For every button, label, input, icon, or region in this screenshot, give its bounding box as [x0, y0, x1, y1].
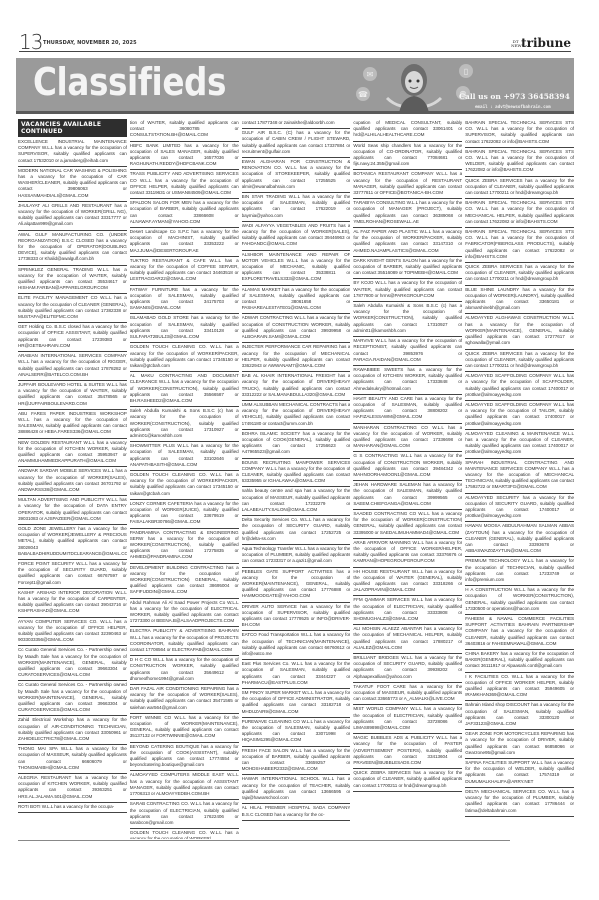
classified-ad: PUREWAVE CLEANING CO W.L.L has a vacancy…	[242, 718, 351, 747]
classified-ad: SPARAH INDUSTRIAL CONTRACTING AND MAINTE…	[465, 459, 574, 494]
classified-ad: DEVELOPMENT BUILDING CONTRACTING has a v…	[130, 564, 239, 599]
classified-ad: SPALDON SALON FOR MEN has a vacancy for …	[130, 199, 239, 228]
classified-ad: MAGIC BUBBLES ADS & PUBLICITY W.L.L has …	[353, 734, 462, 769]
classified-ad: ALMOAYYED SCAFFOLDING COMPANY W.L.L has …	[465, 401, 574, 430]
classified-ad: MODERN NATIONAL CAR WASHING & POLISHING …	[18, 167, 127, 202]
phone-icon: ☎	[356, 87, 370, 101]
classified-ad: CHINA BAKERY has a vacancy for the occup…	[465, 650, 574, 673]
classified-ad: FAHEEM & NAWAL COMMERCE FACILITIES SUPPO…	[465, 615, 574, 650]
page-date: THURSDAY, NOVEMBER 20, 2025	[43, 40, 137, 46]
banner-title: Classifieds	[33, 60, 226, 104]
classified-ad: WADI ALFAYYA VEGETABLES AND FRUITS has a…	[242, 222, 351, 251]
classified-ad: BAHRAIN SPECIAL TECHNICAL SERVICES STS C…	[465, 228, 574, 263]
classified-ad: BY KOJO W.L.L has a vacancy for the occu…	[353, 279, 462, 302]
classified-ad: D H C CO W.L.L has a vacancy for the occ…	[130, 656, 239, 685]
classified-ad: FATWAY FURNITURE has a vacancy for the o…	[130, 286, 239, 315]
classifieds-banner: Classifieds ✉ ☎ ▯ ◍ Call us on +973 3645…	[16, 58, 574, 114]
classified-ad: Delta Security Services Co. W.L.L has a …	[242, 516, 351, 545]
classified-ad: FFM QAMMAR SERVICES W.L.L has a vacancy …	[353, 596, 462, 625]
classified-columns: VACANCIES AVAILABLE CONTINUED EXCELLENCE…	[18, 119, 574, 839]
masthead: 13 THURSDAY, NOVEMBER 20, 2025 DT NEWStr…	[19, 30, 571, 52]
classified-ad: EWAN ALGHARAN FOR CONSTRUCTION & RENOVAT…	[242, 158, 351, 193]
classified-ad: Abdul Rahman Ali Al Saad Power Projects …	[130, 599, 239, 628]
classified-ad: Cc Curato General Services Co. - Partner…	[18, 646, 127, 681]
classified-ad: BAHRAIN SPECIAL TECHNICAL SERVICES STS C…	[465, 119, 574, 148]
classified-ad: SAFINA FACILITIES SUPPORT W.L.L has a va…	[465, 759, 574, 788]
classified-ad: I K FACILITIES CO. W.L.L has a vacancy f…	[465, 673, 574, 702]
classified-ad: GOLDEN TOUCH CLEANING CO. W.L.L has a va…	[130, 471, 239, 500]
classified-ad: G S CONTRACTING W.L.L has a vacancy for …	[353, 452, 462, 481]
classified-ad: ALMOAYYED CLEANING & MAINTENANCE W.L.L h…	[465, 430, 574, 459]
classified-ad: PREMIUM TECHNOLOGY W.L.L has a vacancy f…	[465, 557, 574, 586]
classified-ad: KASHIF ARSHAD INTERIOR DECORATION W.L.L …	[18, 589, 127, 618]
classified-ad: ALAMAS MARKET has a vacancy for the occu…	[242, 286, 351, 315]
classified-ad: DAR FAZAL AIR CONDITIONING REPAIRING has…	[130, 685, 239, 714]
classified-ad: ALMOAYYED COMPUTERS MIDDLE EAST W.L.L ha…	[130, 771, 239, 800]
classified-ad: FORT WINNIE CO W.L.L has a vacancy for t…	[130, 714, 239, 743]
classified-ad: JUFFAIR BOULEVARD HOTEL & SUITES W.L.L h…	[18, 381, 127, 410]
classified-ad: BIN STAR TRADING W.L.L has a vacancy for…	[242, 193, 351, 222]
classified-ad: BOUNS RECRUITING MANPOWER SERVICES COMPA…	[242, 459, 351, 488]
classified-ad: EATCO Food Transportation W.L.L has a va…	[242, 631, 351, 660]
classified-ad: ALSHBOR MAINTENANCE AND REPAIR OF MOTOR …	[242, 251, 351, 286]
classified-ad: TUKTRO RESTAURANT & CAFE W.L.L has a vac…	[130, 257, 239, 286]
logo-text: tribune	[521, 36, 571, 50]
classified-ad: TAKATUF FOOT CARE has a vacancy for the …	[353, 683, 462, 706]
classified-ad: QUICK ZEBRA SERVICES has a vacancy for t…	[465, 350, 574, 373]
classified-ad: ARABIAN INTERNATIONAL SERVICES COMPANY W…	[18, 352, 127, 381]
classified-ad: SAADED CONTRACTING CO W.L.L has a vacanc…	[353, 510, 462, 539]
classified-ad: cupation of MEDICAL CONSULTANT, suitably…	[353, 119, 462, 142]
call-us-text: Call us on +973 36458394	[459, 92, 570, 101]
classified-ad: ALI MOHSIN ALAEZZ ABANTAR has a vacancy …	[353, 625, 462, 654]
classified-ad: THONG MAI SPA W.L.L has a vacancy for th…	[18, 745, 127, 774]
classified-ad: PEBBLES GATE SUPPORT ACTIVITIES has a va…	[242, 568, 351, 603]
classified-ad: SARAB CONTRACTING CO. W.L.L has a vacanc…	[130, 800, 239, 829]
classified-ad: MARVIVE W.L.L has a vacancy for the occu…	[353, 337, 462, 366]
classified-ad: BAB AL KHAIR INTERNATIONAL FREIGHT has a…	[242, 372, 351, 401]
classified-ad: Aqua Technology Transfer W.L.L has a vac…	[242, 545, 351, 568]
illustration-woman-icon	[379, 58, 449, 114]
classified-ad: ELITE FACILITY MANAGEMENT CO W.L.L has a…	[18, 294, 127, 323]
column-2: tion of WAITER, suitably qualified appli…	[130, 119, 239, 839]
classified-ad: TARABIYA CONSULTING W.L.L has a vacancy …	[353, 199, 462, 228]
classified-ad: BEYOND CATERING BOUTIQUE has a vacancy f…	[130, 743, 239, 772]
column-5: BAHRAIN SPECIAL TECHNICAL SERVICES STS C…	[465, 119, 574, 839]
classified-ad: ABU FARES PAPER INDUSTRIES WORKSHOP W.L.…	[18, 410, 127, 439]
classified-ad: MANHARAN CONTRACTING CO W.L.L has a vaca…	[353, 424, 462, 453]
classified-ad: HBFC BANK LIMITED has a vacancy for the …	[130, 142, 239, 171]
classified-ad: BAHRAIN SPECIAL TECHNICAL SERVICES STS C…	[465, 148, 574, 177]
classified-ad: GOLDEN TOUCH CLEANING CO. W.L.L has a va…	[130, 829, 239, 839]
classified-ad: tion of WAITER, suitably qualified appli…	[130, 119, 239, 142]
classified-ad: QUICK ZEBRA SERVICES has a vacancy for t…	[353, 769, 462, 792]
classified-ad: ALEGRIA RESTAURANT has a vacancy for the…	[18, 774, 127, 803]
classified-ad: AL HILAL PREMIER HOSPITAL SADA COMPANY B…	[242, 804, 351, 820]
classified-ad: H A CONSTRUCTION W.L.L has a vacancy for…	[465, 586, 574, 615]
page-number: 13	[19, 30, 42, 54]
classified-ad: GOLD ZONE JEWELLERY has a vacancy for th…	[18, 525, 127, 560]
classified-ad: GULF AIR B.S.C. (C) has a vacancy for th…	[242, 129, 351, 158]
classified-ad: NEW GOLDEN RESTAURANT W.L.L has a vacanc…	[18, 439, 127, 468]
classified-ad: AWAL GULF MANUFACTURING CO. (UNDER REORG…	[18, 231, 127, 266]
classified-ad: HH HOUSE RESTAURANT W.L.L has a vacancy …	[353, 568, 462, 597]
classified-ad: ARAB ARRIVOR MANNING W.L.L has a vacancy…	[353, 539, 462, 568]
classified-ad: MULTAN ADVERTISING AND PUBLICITY W.L.L h…	[18, 496, 127, 525]
classified-ad: ALMOAYYED SCAFFOLDING COMPANY W.L.L has …	[465, 372, 574, 401]
classified-ad: contact 17877348 or zainalshe@aldoorbh.c…	[242, 119, 351, 129]
column-1: VACANCIES AVAILABLE CONTINUED EXCELLENCE…	[18, 119, 127, 839]
classified-ad: ROTI BOTI W.L.L has a vacancy for the oc…	[18, 803, 127, 813]
classified-ad: World Seas ship chandlers has a vacancy …	[353, 142, 462, 171]
logo-prefix: DT NEWS	[511, 40, 520, 48]
classified-ad: SM PINOY SUPER MARKET W.L.L has a vacanc…	[242, 689, 351, 718]
classified-ad: GOLDEN TOUCH CLEANING CO. W.L.L has a va…	[130, 343, 239, 372]
classified-ad: East Plus Services Co. W.L.L has a vacan…	[242, 660, 351, 689]
classified-ad: JEHAN HARDWARE SALEMAN has a vacancy for…	[353, 481, 462, 510]
classified-ad: ALMOAYYED SECURITY has a vacancy for the…	[465, 494, 574, 523]
classified-ad: BLUE SHINE LAUNDRY has a vacancy for the…	[465, 286, 574, 315]
classified-ad: HAWAR INTERNATIONAL SCHOOL W.L.L has a v…	[242, 775, 351, 804]
classified-ad: AL FAIZ PAPER AND PLASTIC W.L.L has a va…	[353, 228, 462, 257]
classified-ad: GET Holding Co. B.S.C closed has a vacan…	[18, 323, 127, 352]
section-heading: VACANCIES AVAILABLE CONTINUED	[18, 119, 127, 137]
classified-ad: Bahrain Island shop DISCOUNT has a vacan…	[465, 701, 574, 730]
classified-ad: INJECTER PERFORMANCE CAR REPAIRING has a…	[242, 343, 351, 372]
classified-ad: HAWAN MOOSA ABDULRAHMAN SALMAN ABBAS (ZA…	[465, 522, 574, 557]
classified-ad: FORCE POINT SECURITY W.L.L has a vacancy…	[18, 560, 127, 589]
classified-ad: ISLAMABAD GOLD STORE has a vacancy for t…	[130, 314, 239, 343]
classified-ad: Zahid Electrical Workshop has a vacancy …	[18, 716, 127, 745]
classified-ad: ADWAR CONTRACTING W.L.L has a vacancy fo…	[242, 314, 351, 343]
classified-ad: FRESH FACE SALON W.L.L has a vacancy for…	[242, 747, 351, 776]
classified-ad: Saleh Abdulla Kumaishi & Sons B.S.C (c) …	[353, 302, 462, 337]
mail-icon: ✉	[363, 67, 377, 81]
mobile-icon: ▯	[459, 64, 473, 78]
email-text: email : advt@newsofbahrain.com	[475, 104, 551, 109]
classified-ad: DARK KNIGHT GENTS SALON has a vacancy fo…	[353, 257, 462, 280]
classified-ad: Cc Curato General Services Co. - Partner…	[18, 681, 127, 716]
column-4: cupation of MEDICAL CONSULTANT, suitably…	[353, 119, 462, 839]
classified-ad: BRILLIANT BRIDGES W.L.L has a vacancy fo…	[353, 654, 462, 683]
newspaper-logo: DT NEWStribune	[511, 36, 571, 50]
classified-ad: RAWABIBEE SWEETS has a vacancy for the o…	[353, 366, 462, 395]
classified-ad: UMM ALSUBBAN MECHANICAL CONTRACTS has a …	[242, 401, 351, 430]
bottom-divider	[18, 840, 510, 841]
column-3: contact 17877348 or zainalshe@aldoorbh.c…	[242, 119, 351, 839]
classified-ad: ALMOAYYED ALGHAWAS CONSTRUCTION W.L.L ha…	[465, 314, 574, 349]
classified-ad: LONZY CORNER CAFETERIA has a vacancy for…	[130, 500, 239, 529]
classified-ad: QUICK ZEBRA SERVICES has a vacancy for t…	[465, 263, 574, 286]
classified-ad: AL MAKU CONTRACTING AND DOCUMENT CLEARAN…	[130, 372, 239, 407]
classified-ad: DRIVER AUTO SERVICE has a vacancy for th…	[242, 603, 351, 632]
classified-ad: Saleh Abdulla Kumaishi & Sons B.S.C (c) …	[130, 407, 239, 442]
classified-ad: ELECTRA PUBLICITY & ADVERTISING BAHRAIN …	[130, 627, 239, 656]
classified-ad: BOHRA ISLAMIC SOCIETY has a vacancy for …	[242, 430, 351, 459]
classified-ad: BOTANICA RESTAURANT COMPANY W.L.L has a …	[353, 170, 462, 199]
classified-ad: HAVIT BEAUTY AND CARE has a vacancy for …	[353, 395, 462, 424]
classified-ad: ANDWAR SARDAR MOBILE SERVICES W.L.L has …	[18, 467, 127, 496]
classified-ad: EXCELLENCE INDUSTRIAL MAINTENANCE COMPAN…	[18, 138, 127, 167]
classified-ad: MIST WORLD COMPANY W.L.L has a vacancy f…	[353, 705, 462, 734]
classified-ad: PANDRAMINA CONTRACTING & ENGINEERING SER…	[130, 529, 239, 564]
classified-ad: DELTA MECHANICAL SERVICES CO. W.L.L has …	[465, 788, 574, 817]
classified-ad: QUICK ZEBRA SERVICES has a vacancy for t…	[465, 177, 574, 200]
classified-ad: BAHRAIN SPECIAL TECHNICAL SERVICES STS C…	[465, 199, 574, 228]
classified-ad: Desert Landscape Co S.P.C has a vacancy …	[130, 228, 239, 257]
classified-ad: JHULAYAT ALI GRILLS AND RESTAURANT has a…	[18, 202, 127, 231]
classified-ad: GEAR ZONE FOR MOTORCYCLES REPAIRING has …	[465, 730, 574, 759]
classified-ad: SHOWMITTER PLUS W.L.L has a vacancy for …	[130, 442, 239, 471]
classified-ad: SPRINKLEZ GENERAL TRADING W.L.L has a va…	[18, 266, 127, 295]
classified-ad: TRASS PUBLICITY AND ADVERTISING SERVICES…	[130, 170, 239, 199]
classified-ad: nahla beauty centre and spa has a vacanc…	[242, 487, 351, 516]
classified-ad: AYYAN COMPUTER SERVICES CO. W.L.L has a …	[18, 618, 127, 647]
